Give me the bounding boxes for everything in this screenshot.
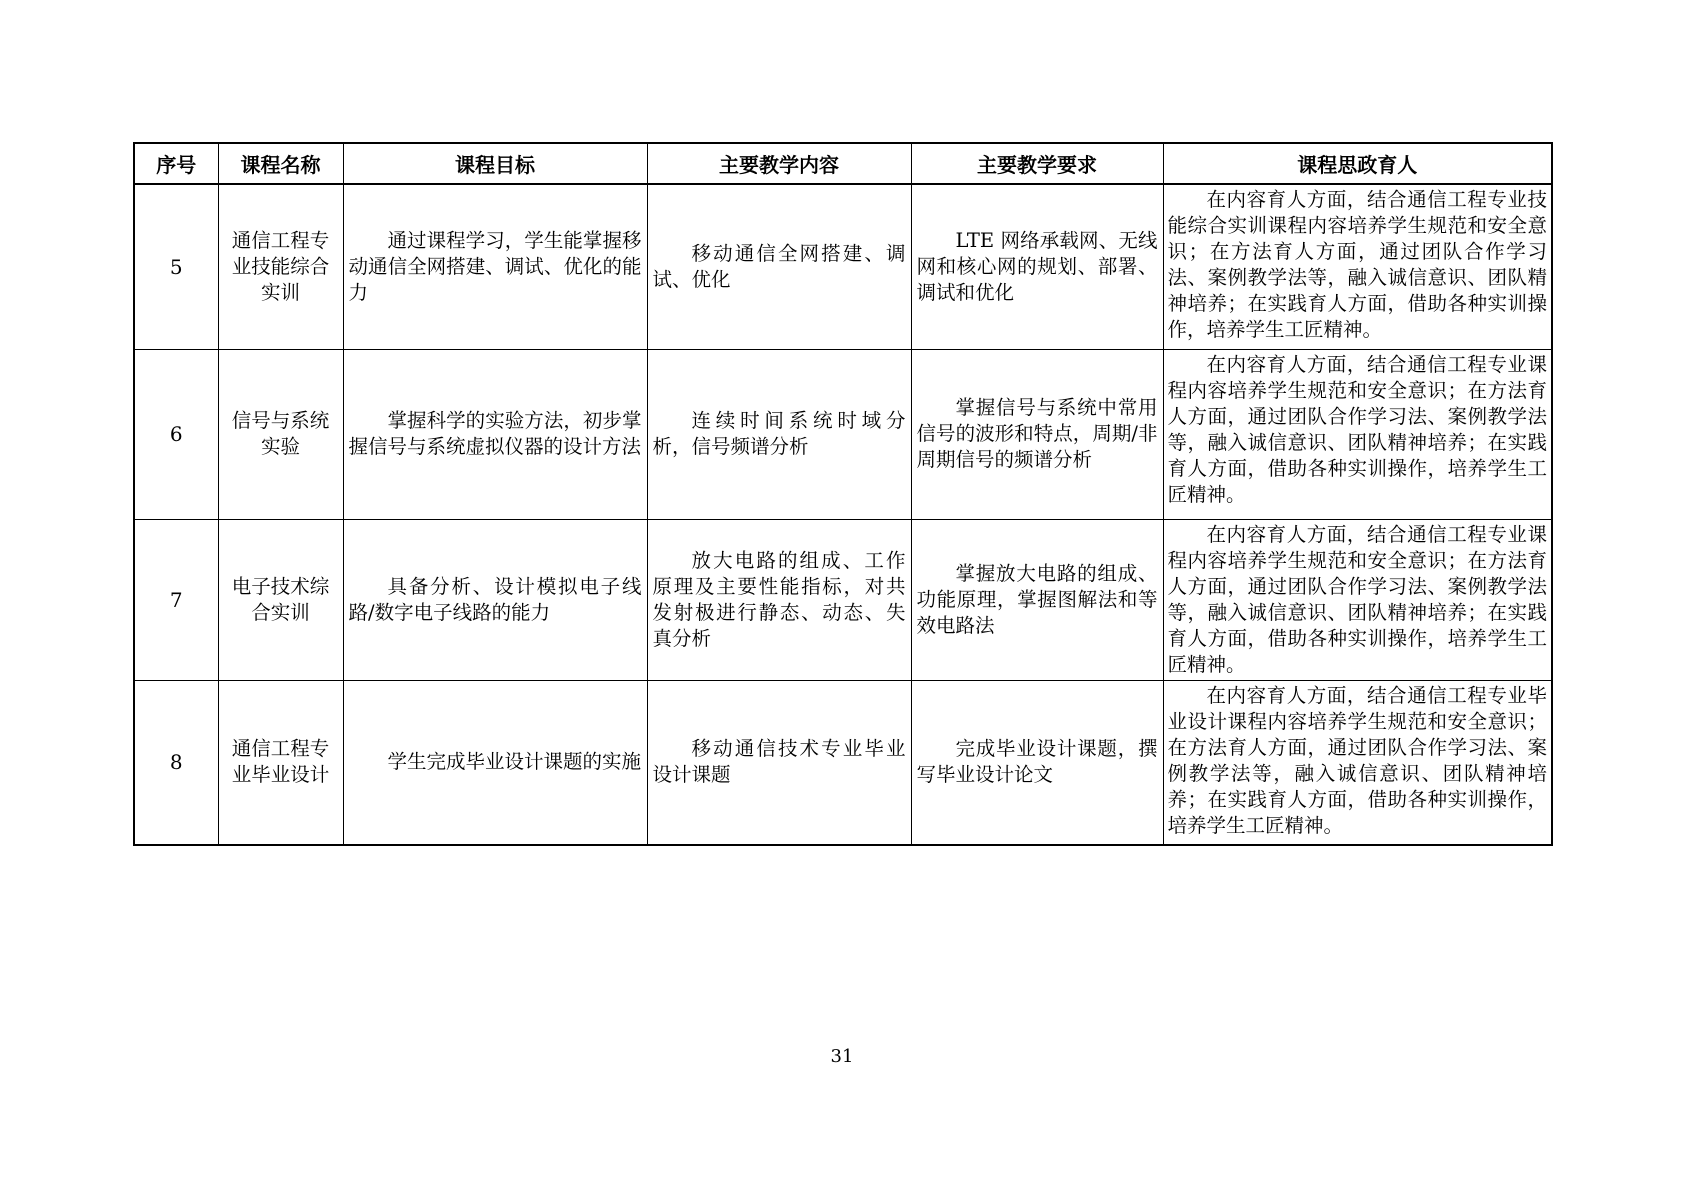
cell-course-goal: 掌握科学的实验方法，初步掌握信号与系统虚拟仪器的设计方法 [343, 349, 647, 519]
teaching-content-text: 移动通信全网搭建、调试、优化 [653, 241, 906, 293]
header-teaching-content: 主要教学内容 [647, 143, 911, 184]
cell-index: 8 [134, 680, 218, 845]
table-row: 5 通信工程专业技能综合实训 通过课程学习，学生能掌握移动通信全网搭建、调试、优… [134, 184, 1552, 349]
page-number: 31 [0, 1046, 1684, 1067]
teaching-requirement-text: LTE 网络承载网、无线网和核心网的规划、部署、调试和优化 [917, 228, 1158, 306]
course-goal-text: 通过课程学习，学生能掌握移动通信全网搭建、调试、优化的能力 [349, 228, 642, 306]
course-goal-text: 掌握科学的实验方法，初步掌握信号与系统虚拟仪器的设计方法 [349, 408, 642, 460]
cell-course-goal: 学生完成毕业设计课题的实施 [343, 680, 647, 845]
cell-index: 7 [134, 519, 218, 680]
cell-course-name: 通信工程专业技能综合实训 [218, 184, 343, 349]
cell-teaching-content: 移动通信全网搭建、调试、优化 [647, 184, 911, 349]
cell-course-goal: 通过课程学习，学生能掌握移动通信全网搭建、调试、优化的能力 [343, 184, 647, 349]
ideology-text: 在内容育人方面，结合通信工程专业技能综合实训课程内容培养学生规范和安全意识；在方… [1168, 187, 1548, 343]
cell-teaching-requirement: 掌握信号与系统中常用信号的波形和特点，周期/非周期信号的频谱分析 [911, 349, 1163, 519]
cell-ideology: 在内容育人方面，结合通信工程专业课程内容培养学生规范和安全意识；在方法育人方面，… [1163, 519, 1552, 680]
teaching-requirement-text: 掌握放大电路的组成、功能原理，掌握图解法和等效电路法 [917, 561, 1158, 639]
header-course-goal: 课程目标 [343, 143, 647, 184]
ideology-text: 在内容育人方面，结合通信工程专业毕业设计课程内容培养学生规范和安全意识；在方法育… [1168, 683, 1548, 839]
teaching-content-text: 放大电路的组成、工作原理及主要性能指标，对共发射极进行静态、动态、失真分析 [653, 548, 906, 652]
course-table: 序号 课程名称 课程目标 主要教学内容 主要教学要求 课程思政育人 5 通信工程… [133, 142, 1553, 846]
teaching-content-text: 连续时间系统时域分析，信号频谱分析 [653, 408, 906, 460]
cell-course-goal: 具备分析、设计模拟电子线路/数字电子线路的能力 [343, 519, 647, 680]
table-header-row: 序号 课程名称 课程目标 主要教学内容 主要教学要求 课程思政育人 [134, 143, 1552, 184]
cell-course-name: 电子技术综合实训 [218, 519, 343, 680]
cell-teaching-requirement: LTE 网络承载网、无线网和核心网的规划、部署、调试和优化 [911, 184, 1163, 349]
header-course-name: 课程名称 [218, 143, 343, 184]
cell-teaching-requirement: 掌握放大电路的组成、功能原理，掌握图解法和等效电路法 [911, 519, 1163, 680]
table-row: 7 电子技术综合实训 具备分析、设计模拟电子线路/数字电子线路的能力 放大电路的… [134, 519, 1552, 680]
ideology-text: 在内容育人方面，结合通信工程专业课程内容培养学生规范和安全意识；在方法育人方面，… [1168, 522, 1548, 678]
teaching-content-text: 移动通信技术专业毕业设计课题 [653, 736, 906, 788]
teaching-requirement-text: 完成毕业设计课题，撰写毕业设计论文 [917, 736, 1158, 788]
cell-ideology: 在内容育人方面，结合通信工程专业课程内容培养学生规范和安全意识；在方法育人方面，… [1163, 349, 1552, 519]
ideology-text: 在内容育人方面，结合通信工程专业课程内容培养学生规范和安全意识；在方法育人方面，… [1168, 352, 1548, 508]
cell-index: 6 [134, 349, 218, 519]
table-row: 8 通信工程专业毕业设计 学生完成毕业设计课题的实施 移动通信技术专业毕业设计课… [134, 680, 1552, 845]
cell-teaching-content: 连续时间系统时域分析，信号频谱分析 [647, 349, 911, 519]
teaching-requirement-text: 掌握信号与系统中常用信号的波形和特点，周期/非周期信号的频谱分析 [917, 395, 1158, 473]
header-teaching-requirement: 主要教学要求 [911, 143, 1163, 184]
cell-teaching-content: 移动通信技术专业毕业设计课题 [647, 680, 911, 845]
document-page: 序号 课程名称 课程目标 主要教学内容 主要教学要求 课程思政育人 5 通信工程… [0, 0, 1684, 1191]
course-goal-text: 学生完成毕业设计课题的实施 [349, 749, 642, 775]
cell-course-name: 信号与系统实验 [218, 349, 343, 519]
header-index: 序号 [134, 143, 218, 184]
cell-course-name: 通信工程专业毕业设计 [218, 680, 343, 845]
cell-ideology: 在内容育人方面，结合通信工程专业技能综合实训课程内容培养学生规范和安全意识；在方… [1163, 184, 1552, 349]
cell-ideology: 在内容育人方面，结合通信工程专业毕业设计课程内容培养学生规范和安全意识；在方法育… [1163, 680, 1552, 845]
cell-index: 5 [134, 184, 218, 349]
header-ideology: 课程思政育人 [1163, 143, 1552, 184]
cell-teaching-requirement: 完成毕业设计课题，撰写毕业设计论文 [911, 680, 1163, 845]
table-row: 6 信号与系统实验 掌握科学的实验方法，初步掌握信号与系统虚拟仪器的设计方法 连… [134, 349, 1552, 519]
cell-teaching-content: 放大电路的组成、工作原理及主要性能指标，对共发射极进行静态、动态、失真分析 [647, 519, 911, 680]
course-goal-text: 具备分析、设计模拟电子线路/数字电子线路的能力 [349, 574, 642, 626]
